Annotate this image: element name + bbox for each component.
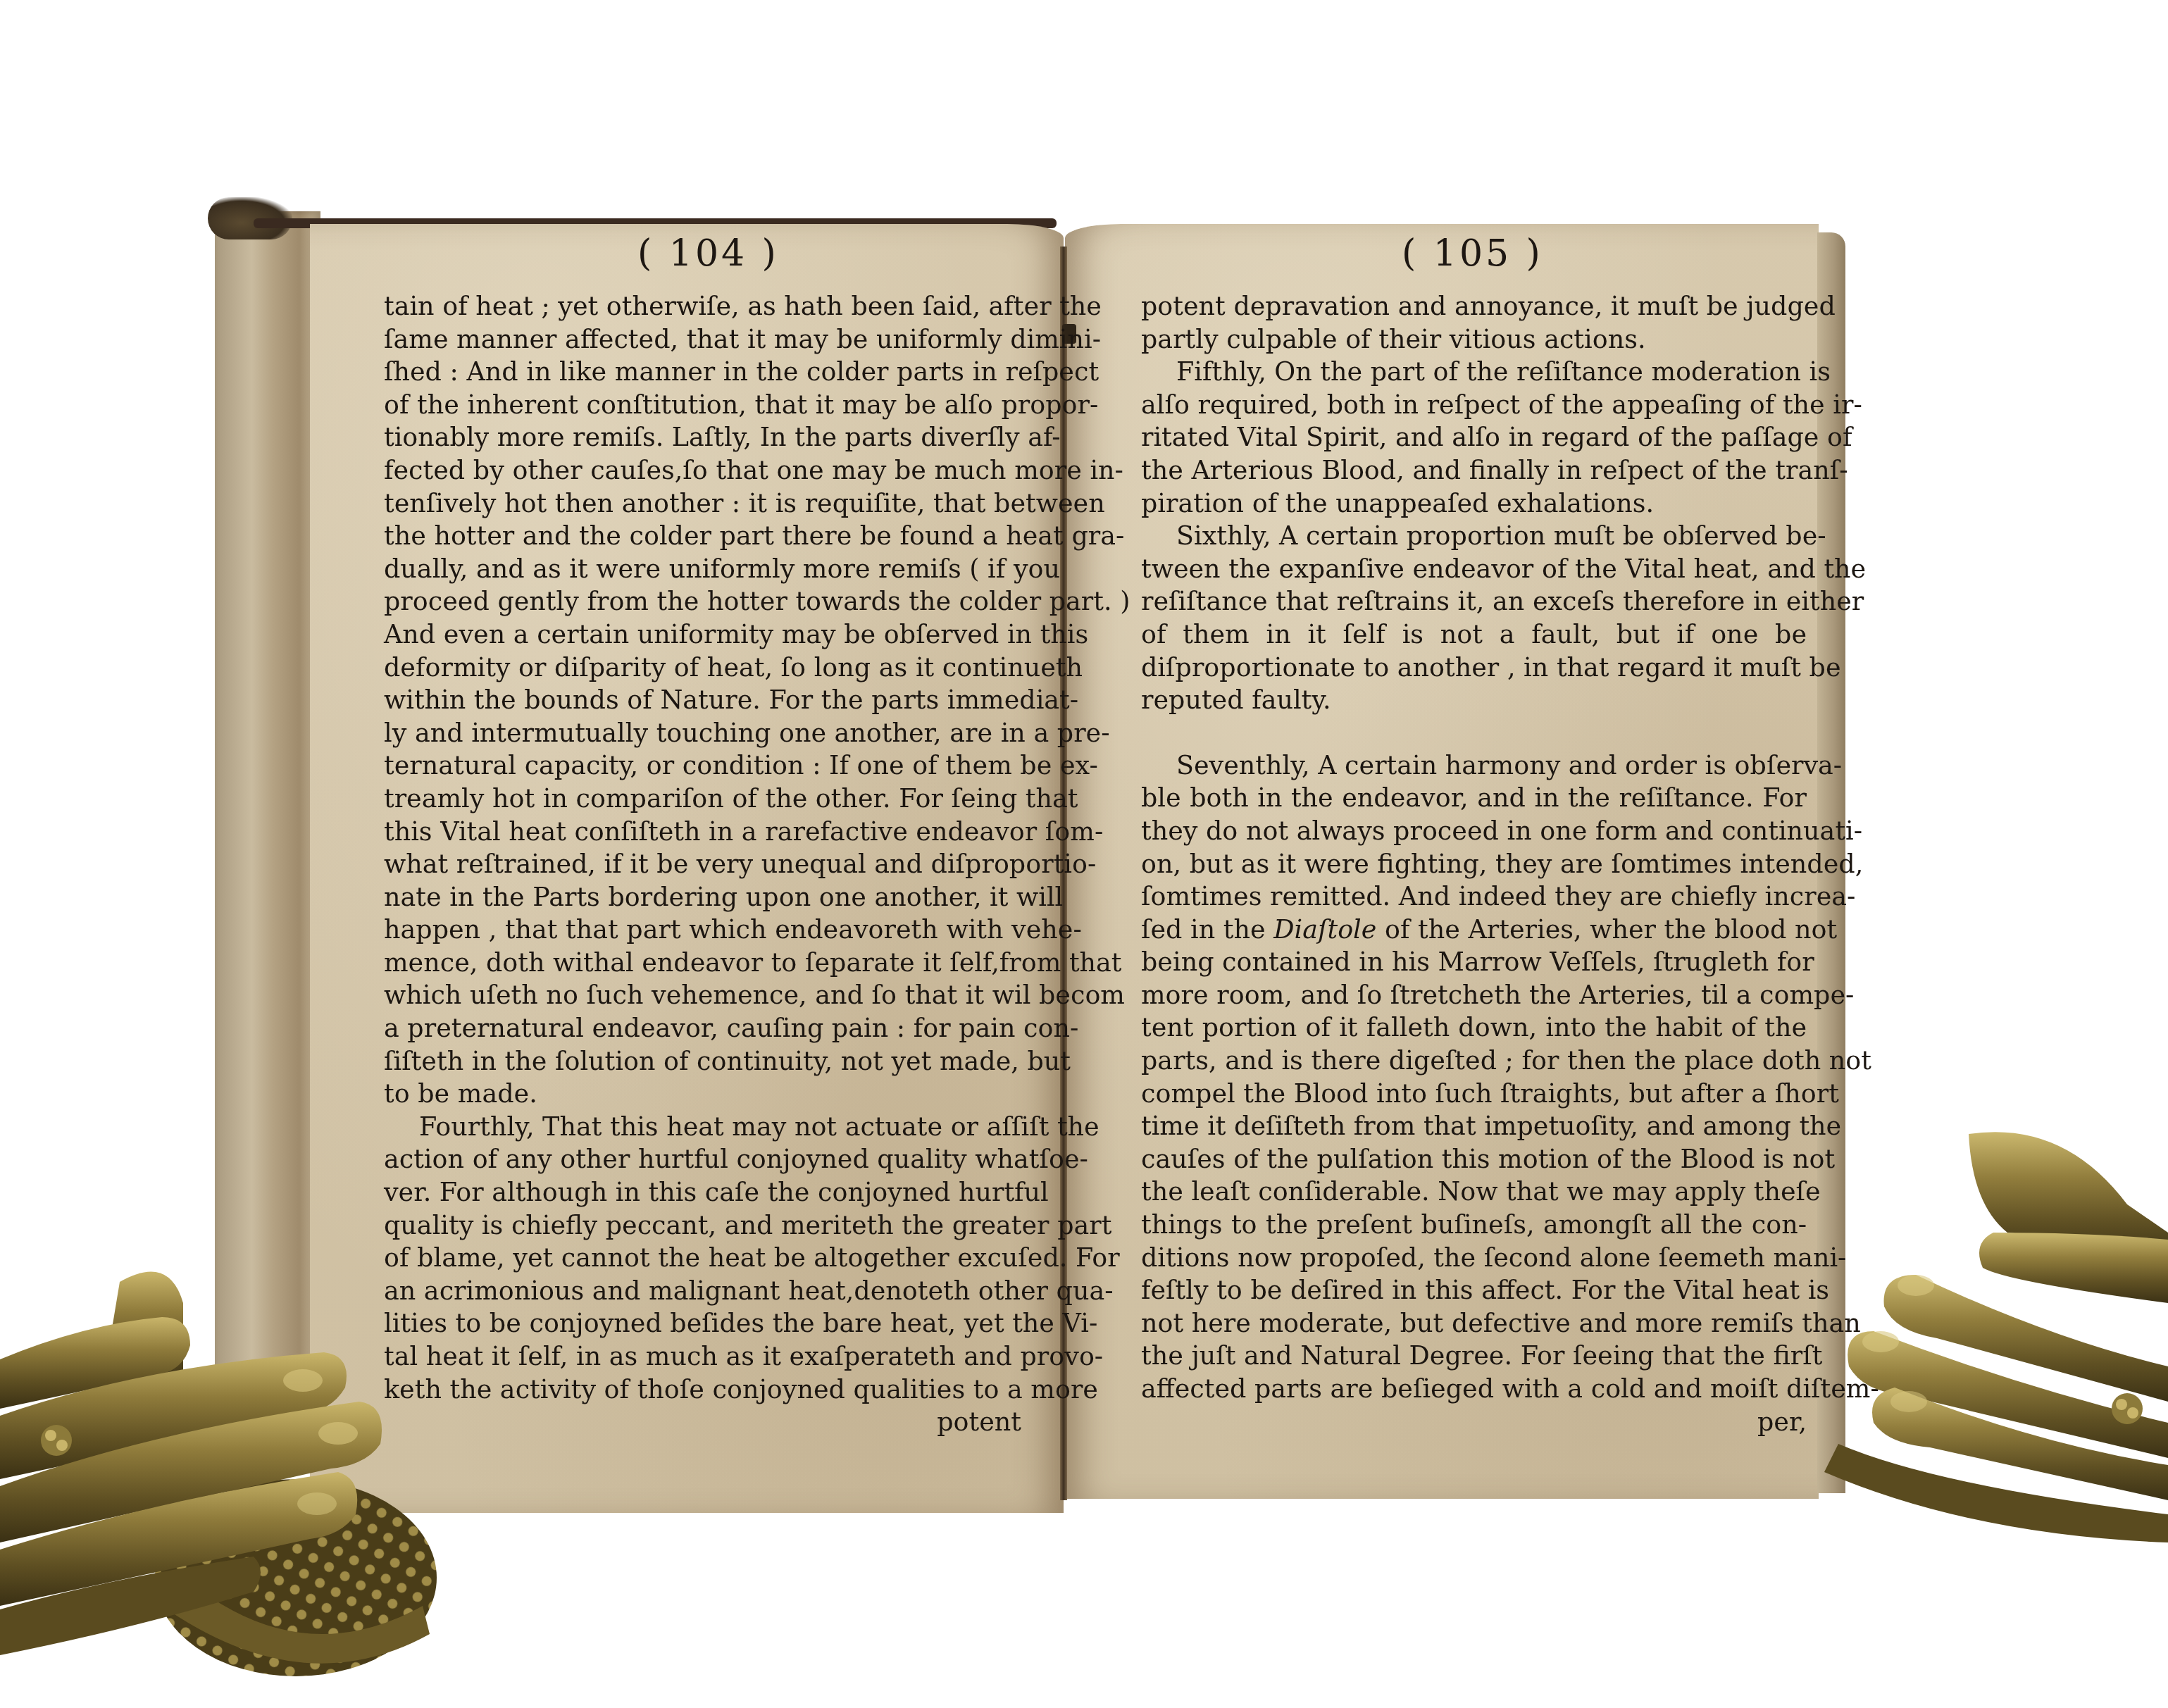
text-line: of the inherent conſtitution, that it ma… [384,389,1021,422]
text-line: they do not always proceed in one form a… [1141,815,1807,848]
text-line: compel the Blood into ſuch ſtraights, bu… [1141,1078,1807,1111]
text-line: things to the preſent buſineſs, amongſt … [1141,1209,1807,1242]
text-line: lities to be conjoyned beſides the bare … [384,1307,1021,1340]
text-line: reſiſtance that reſtrains it, an exceſs … [1141,585,1807,618]
italic-term: Diaſtole [1273,914,1376,945]
text-line: And even a certain uniformity may be obſ… [384,618,1021,652]
text-line: ble both in the endeavor, and in the reſ… [1141,782,1807,815]
text-line: the juſt and Natural Degree. For ſeeing … [1141,1340,1807,1373]
text-line: potent depravation and annoyance, it muſ… [1141,290,1807,323]
text-line: keth the activity of thoſe conjoyned qua… [384,1373,1021,1407]
text-line: being contained in his Marrow Veſſels, ſ… [1141,946,1807,979]
brass-hand-bookend-right [1796,1120,2168,1557]
left-page-text: tain of heat ; yet otherwiſe, as hath be… [384,290,1021,1439]
text-line: fected by other cauſes,ſo that one may b… [384,454,1021,487]
text-line: ſame manner affected, that it may be uni… [384,323,1021,356]
text-line: what reſtrained, if it be very unequal a… [384,848,1021,881]
text-line: ritated Vital Spirit, and alſo in regard… [1141,421,1807,454]
text-line: diſproportionate to another , in that re… [1141,652,1807,685]
text-line: tal heat it ſelf, in as much as it exaſp… [384,1340,1021,1373]
text-line: ver. For although in this caſe the conjo… [384,1176,1021,1209]
text-line: the Arterious Blood, and finally in reſp… [1141,454,1807,487]
text-line: ditions now propoſed, the ſecond alone ſ… [1141,1242,1807,1275]
right-page-text: potent depravation and annoyance, it muſ… [1141,290,1807,1438]
text-line: alſo required, both in reſpect of the ap… [1141,389,1807,422]
text-line: treamly hot in compariſon of the other. … [384,783,1021,816]
text-line: happen , that that part which endeavoret… [384,914,1021,947]
catchword: potent [384,1406,1021,1439]
text-line: affected parts are beſieged with a cold … [1141,1373,1807,1406]
page-number-right: ( 105 ) [1402,232,1543,275]
text-line: tionably more remiſs. Laſtly, In the par… [384,421,1021,454]
text-line: action of any other hurtful conjoyned qu… [384,1143,1021,1176]
text-line: ſomtimes remitted. And indeed they are c… [1141,880,1807,914]
text-line: the hotter and the colder part there be … [384,520,1021,553]
text-line: of blame, yet cannot the heat be altoget… [384,1242,1021,1275]
text-line: this Vital heat conſiſteth in a rarefact… [384,816,1021,849]
text-line: on, but as it were fighting, they are ſo… [1141,848,1807,881]
text-line: feſtly to be deſired in this affect. For… [1141,1274,1807,1307]
text-line: deformity or diſparity of heat, ſo long … [384,652,1021,685]
text-line: mence, doth withal endeavor to ſeparate … [384,947,1021,980]
text-line: to be made. [384,1078,1021,1111]
text-line: tain of heat ; yet otherwiſe, as hath be… [384,290,1021,323]
text-line: ſhed : And in like manner in the colder … [384,356,1021,389]
text-line: nate in the Parts bordering upon one ano… [384,881,1021,914]
text-line: proceed gently from the hotter towards t… [384,585,1021,618]
text-line: partly culpable of their vitious actions… [1141,323,1807,356]
text-line: of them in it ſelf is not a fault, but i… [1141,618,1807,652]
text-line: ſed in the Diaſtole of the Arteries, whe… [1141,914,1807,947]
paragraph-start: Sixthly, A certain proportion muſt be ob… [1141,520,1807,553]
text-line: the leaſt conſiderable. Now that we may … [1141,1176,1807,1209]
text-line: cauſes of the pulſation this motion of t… [1141,1143,1807,1176]
text-line: tween the expanſive endeavor of the Vita… [1141,553,1807,586]
text-line: time it deſiſteth from that impetuoſity,… [1141,1110,1807,1143]
catchword: per, [1141,1406,1807,1439]
brass-hand-bookend-left [0,1240,437,1690]
text-line: not here moderate, but defective and mor… [1141,1307,1807,1340]
text-line: tenſively hot then another : it is requi… [384,487,1021,520]
text-line: tent portion of it falleth down, into th… [1141,1011,1807,1045]
text-line: piration of the unappeaſed exhalations. [1141,487,1807,520]
text-line: reputed faulty. [1141,684,1807,717]
text-line: parts, and is there digeſted ; for then … [1141,1045,1807,1078]
text-line: which uſeth no ſuch vehemence, and ſo th… [384,979,1021,1012]
text-line: a preternatural endeavor, cauſing pain :… [384,1012,1021,1045]
paragraph-start: Fifthly, On the part of the reſiſtance m… [1141,356,1807,389]
paragraph-start: Fourthly, That this heat may not actuate… [384,1111,1021,1144]
text-line: ternatural capacity, or condition : If o… [384,749,1021,783]
text-line: ſiſteth in the ſolution of continuity, n… [384,1045,1021,1078]
text-line: dually, and as it were uniformly more re… [384,553,1021,586]
paragraph-start: Seventhly, A certain harmony and order i… [1141,749,1807,783]
text-line: an acrimonious and malignant heat,denote… [384,1275,1021,1308]
text-line: within the bounds of Nature. For the par… [384,684,1021,717]
text-line: ly and intermutually touching one anothe… [384,717,1021,750]
text-line: quality is chiefly peccant, and meriteth… [384,1209,1021,1242]
page-number-left: ( 104 ) [637,232,779,275]
text-line: more room, and ſo ſtretcheth the Arterie… [1141,979,1807,1012]
